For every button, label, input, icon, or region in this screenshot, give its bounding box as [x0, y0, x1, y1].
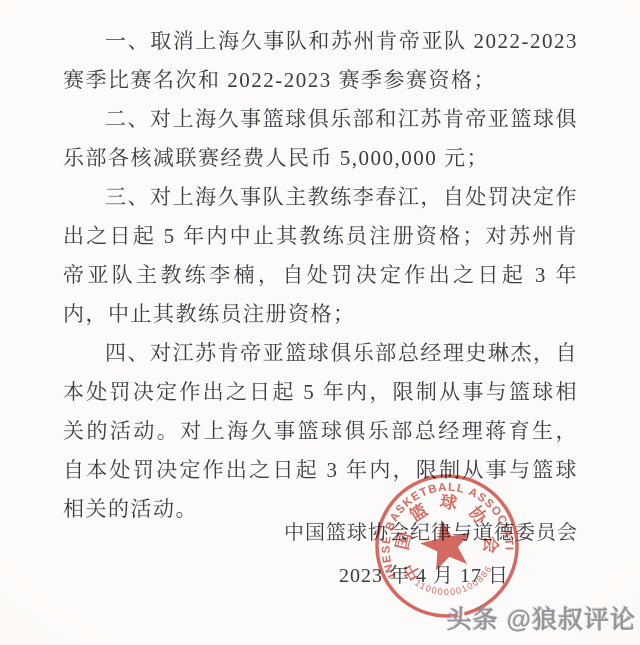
document-page: 一、取消上海久事队和苏州肯帝亚队 2022-2023 赛季比赛名次和 2022-… [0, 0, 640, 645]
paragraph-penalty-2: 二、对上海久事篮球俱乐部和江苏肯帝亚篮球俱乐部各核减联赛经费人民币 5,000,… [63, 100, 578, 178]
document-body: 一、取消上海久事队和苏州肯帝亚队 2022-2023 赛季比赛名次和 2022-… [63, 22, 578, 529]
paragraph-penalty-4: 四、对江苏肯帝亚篮球俱乐部总经理史琳杰，自本处罚决定作出之日起 5 年内，限制从… [63, 334, 578, 529]
paragraph-penalty-1: 一、取消上海久事队和苏州肯帝亚队 2022-2023 赛季比赛名次和 2022-… [63, 22, 578, 100]
watermark-toutiao: 头条 @狼叔评论 [447, 600, 636, 636]
paragraph-penalty-3: 三、对上海久事队主教练李春江，自处罚决定作出之日起 5 年内中止其教练员注册资格… [63, 178, 578, 334]
date-line: 2023 年 4 月 17 日 [339, 559, 509, 588]
signature-line: 中国篮球协会纪律与道德委员会 [284, 516, 578, 545]
